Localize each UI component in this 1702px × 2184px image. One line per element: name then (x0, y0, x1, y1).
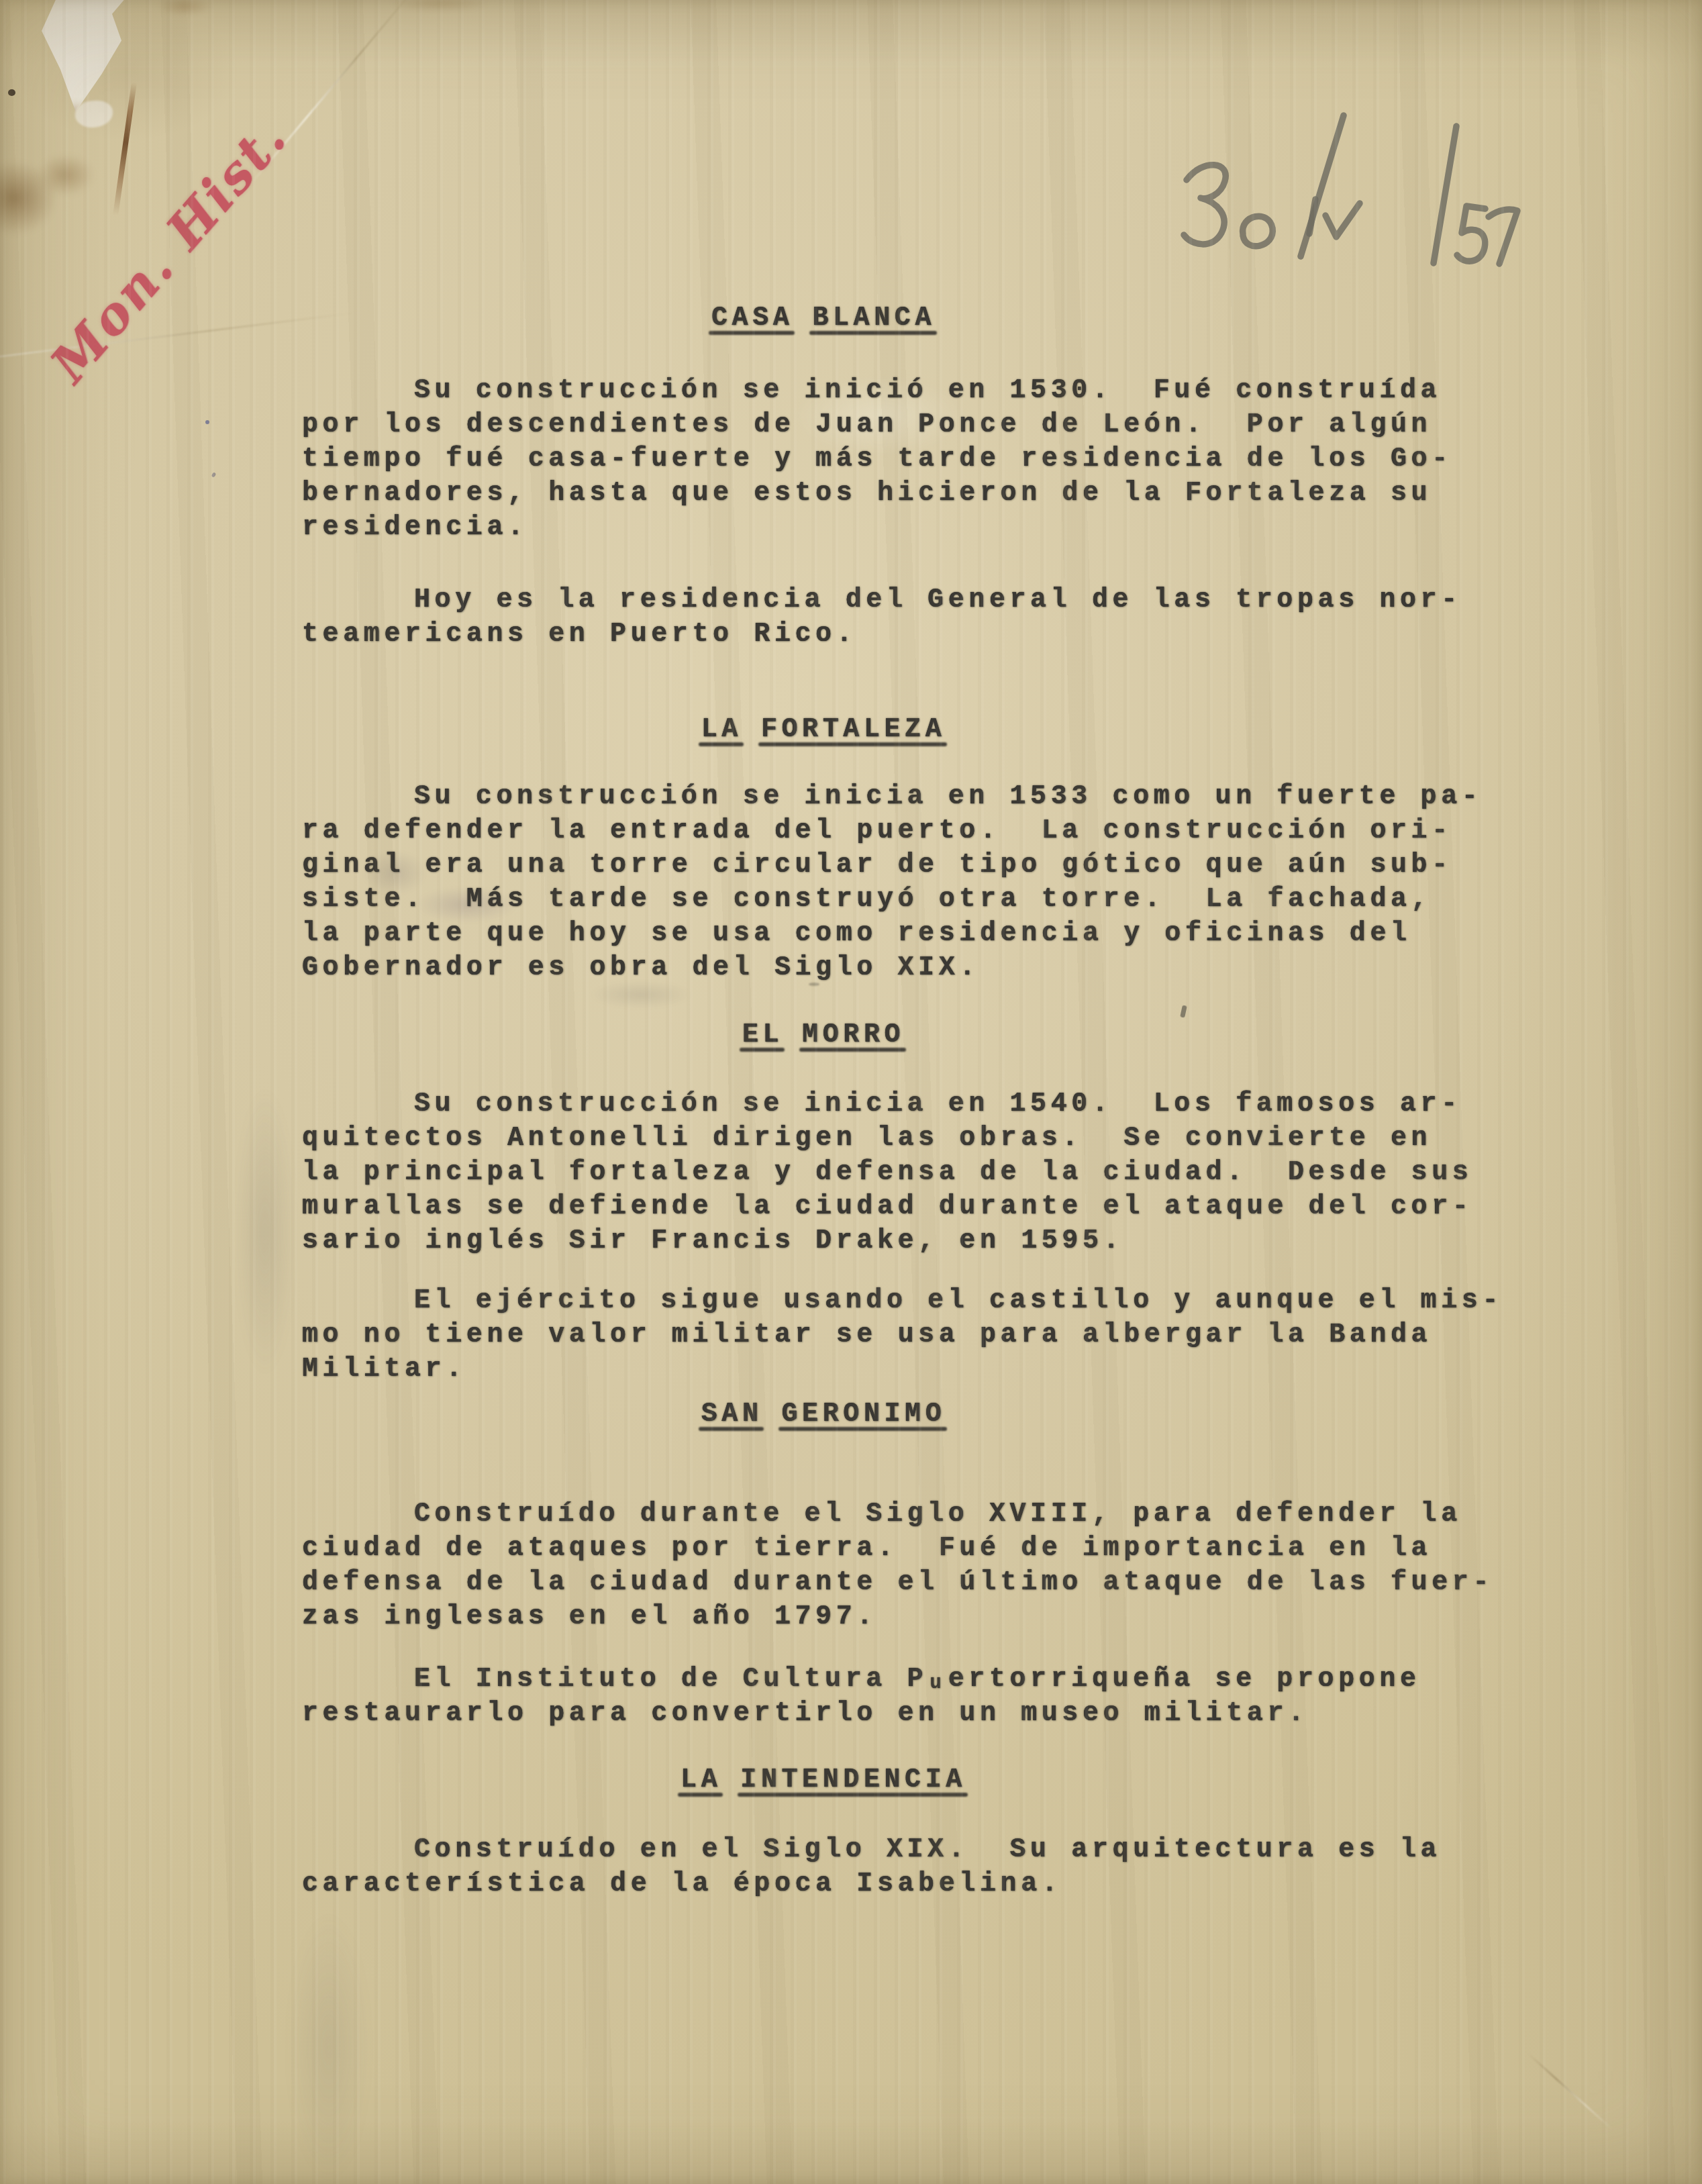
heading-word: LA (681, 1763, 721, 1797)
paragraph: Construído durante el Siglo XVIII, para … (302, 1497, 1503, 1634)
typed-line: Gobernador es obra del Siglo XIX. (302, 951, 1503, 985)
section-heading-san-geronimo: SANGERONIMO (302, 1397, 1345, 1432)
typed-line: El Instituto de Cultura Pᵤertorriqueña s… (302, 1662, 1503, 1697)
section-heading-casa-blanca: CASABLANCA (302, 301, 1345, 336)
typed-line: El ejército sigue usando el castillo y a… (302, 1284, 1503, 1318)
typed-line: restaurarlo para convertirlo en un museo… (302, 1697, 1503, 1731)
heading-word: GERONIMO (781, 1397, 946, 1432)
paragraph: Construído en el Siglo XIX. Su arquitect… (302, 1833, 1503, 1901)
typed-line: la principal fortaleza y defensa de la c… (302, 1156, 1503, 1190)
typed-line: ciudad de ataques por tierra. Fué de imp… (302, 1532, 1503, 1566)
section-heading-el-morro: ELMORRO (302, 1018, 1345, 1052)
typed-line: Hoy es la residencia del General de las … (302, 583, 1503, 617)
typed-line: ra defender la entrada del puerto. La co… (302, 814, 1503, 848)
heading-word: BLANCA (812, 301, 936, 336)
section-heading-la-fortaleza: LAFORTALEZA (302, 713, 1345, 747)
typed-line: sario inglés Sir Francis Drake, en 1595. (302, 1224, 1503, 1258)
paragraph: Su construcción se inició en 1530. Fué c… (302, 374, 1503, 545)
heading-word: INTENDENCIA (740, 1763, 966, 1797)
typed-line: siste. Más tarde se construyó otra torre… (302, 883, 1503, 917)
heading-word: EL (742, 1018, 783, 1052)
typed-line: por los descendientes de Juan Ponce de L… (302, 408, 1503, 442)
heading-word: LA (701, 713, 742, 747)
paragraph: Su construcción se inicia en 1533 como u… (302, 780, 1503, 985)
typed-line: Militar. (302, 1352, 1503, 1387)
typed-text: CASABLANCA Su construcción se inició en … (0, 0, 1702, 2184)
typed-line: Su construcción se inicia en 1540. Los f… (302, 1087, 1503, 1122)
paragraph: Su construcción se inicia en 1540. Los f… (302, 1087, 1503, 1258)
typed-line: mo no tiene valor militar se usa para al… (302, 1318, 1503, 1352)
typed-line: murallas se defiende la ciudad durante e… (302, 1190, 1503, 1224)
typed-line: Su construcción se inició en 1530. Fué c… (302, 374, 1503, 408)
paragraph: El ejército sigue usando el castillo y a… (302, 1284, 1503, 1387)
typed-line: Construído en el Siglo XIX. Su arquitect… (302, 1833, 1503, 1867)
paragraph: Hoy es la residencia del General de las … (302, 583, 1503, 652)
typed-line: defensa de la ciudad durante el último a… (302, 1566, 1503, 1600)
typed-line: zas inglesas en el año 1797. (302, 1600, 1503, 1634)
paragraph: El Instituto de Cultura Pᵤertorriqueña s… (302, 1662, 1503, 1731)
typed-line: tiempo fué casa-fuerte y más tarde resid… (302, 442, 1503, 477)
heading-word: MORRO (802, 1018, 905, 1052)
typed-line: Su construcción se inicia en 1533 como u… (302, 780, 1503, 814)
typed-line: la parte que hoy se usa como residencia … (302, 917, 1503, 951)
heading-word: SAN (701, 1397, 763, 1432)
typed-line: bernadores, hasta que estos hicieron de … (302, 477, 1503, 511)
heading-word: CASA (711, 301, 793, 336)
typed-line: Construído durante el Siglo XVIII, para … (302, 1497, 1503, 1532)
scanned-document-page: 30/IV/57 Mon. Hist. CASABLANCA Su constr… (0, 0, 1702, 2184)
typed-line: residencia. (302, 511, 1503, 545)
typed-line: característica de la época Isabelina. (302, 1867, 1503, 1901)
typed-line: teamericans en Puerto Rico. (302, 617, 1503, 652)
typed-line: quitectos Antonelli dirigen las obras. S… (302, 1122, 1503, 1156)
section-heading-la-intendencia: LAINTENDENCIA (302, 1763, 1345, 1797)
heading-word: FORTALEZA (761, 713, 946, 747)
typed-line: ginal era una torre circular de tipo gót… (302, 848, 1503, 883)
